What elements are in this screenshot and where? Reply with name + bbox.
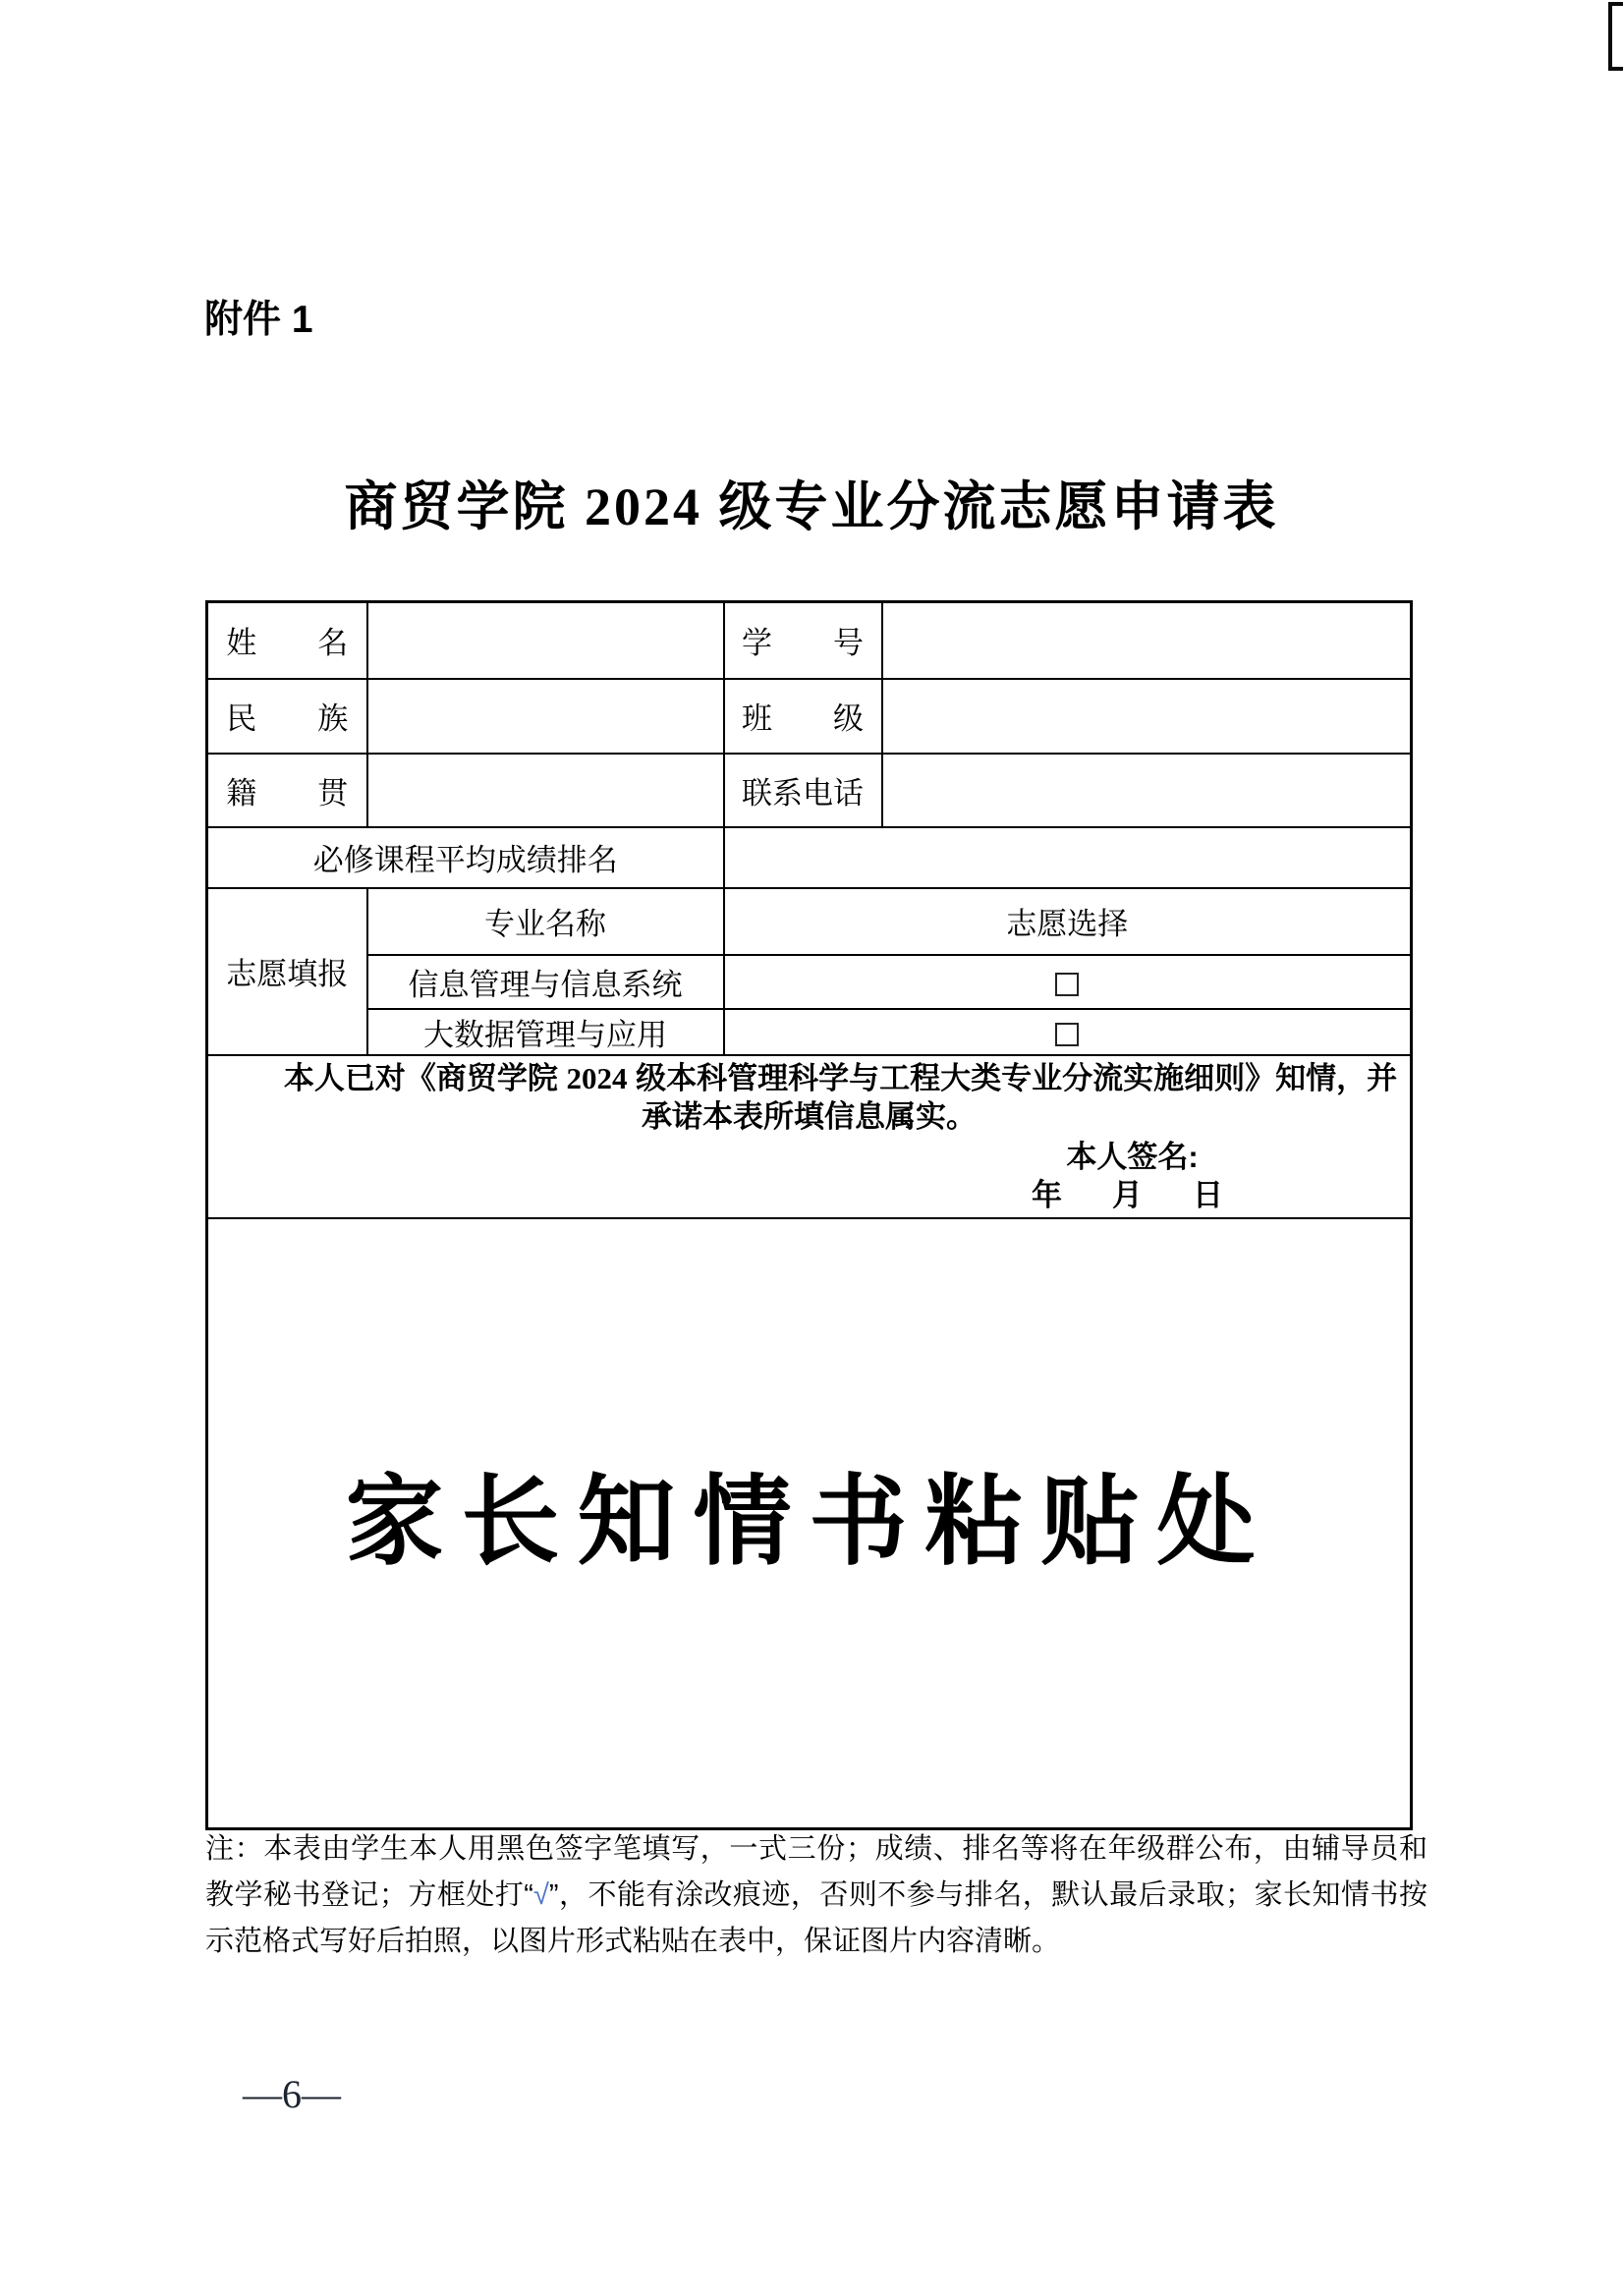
page-number: —6—: [243, 2073, 341, 2116]
checkbox-unchecked-icon: [1055, 1023, 1079, 1046]
preference-section-label: 志愿填报: [207, 888, 367, 1055]
major-choice-cell: [724, 1009, 1412, 1055]
student-id-label: 学 号: [724, 602, 882, 679]
paste-area-label: 家长知情书粘贴处: [208, 1462, 1410, 1584]
table-row: 志愿填报 专业名称 志愿选择: [207, 888, 1412, 955]
declaration-cell: 本人已对《商贸学院 2024 级本科管理科学与工程大类专业分流实施细则》知情，并…: [207, 1055, 1412, 1218]
class-value-cell: [882, 679, 1412, 754]
ethnicity-label: 民 族: [207, 679, 367, 754]
major-choice-cell: [724, 955, 1412, 1009]
native-place-value-cell: [367, 754, 724, 827]
table-row: 信息管理与信息系统: [207, 955, 1412, 1009]
table-row: 本人已对《商贸学院 2024 级本科管理科学与工程大类专业分流实施细则》知情，并…: [207, 1055, 1412, 1218]
checkbox-unchecked-icon: [1055, 973, 1079, 996]
page-title: 商贸学院 2024 级专业分流志愿申请表: [0, 472, 1623, 542]
date-label: 年 月 日: [208, 1176, 1410, 1214]
declaration-year: 2024: [567, 1061, 628, 1095]
table-row: 必修课程平均成绩排名: [207, 827, 1412, 888]
table-row: 籍 贯 联系电话: [207, 754, 1412, 827]
name-value-cell: [367, 602, 724, 679]
phone-label: 联系电话: [724, 754, 882, 827]
major-name-cell: 大数据管理与应用: [367, 1009, 724, 1055]
table-row: 家长知情书粘贴处: [207, 1218, 1412, 1829]
signature-label: 本人签名:: [208, 1138, 1410, 1176]
major-name-cell: 信息管理与信息系统: [367, 955, 724, 1009]
student-id-value-cell: [882, 602, 1412, 679]
table-row: 大数据管理与应用: [207, 1009, 1412, 1055]
major-name-header: 专业名称: [367, 888, 724, 955]
attachment-label: 附件 1: [204, 298, 313, 343]
ethnicity-value-cell: [367, 679, 724, 754]
rank-label: 必修课程平均成绩排名: [207, 827, 724, 888]
check-mark-symbol: √: [533, 1879, 549, 1911]
declaration-text: 本人已对《商贸学院 2024 级本科管理科学与工程大类专业分流实施细则》知情，并…: [208, 1059, 1410, 1136]
page-corner-box: [1608, 2, 1623, 71]
class-label: 班 级: [724, 679, 882, 754]
table-row: 姓 名 学 号: [207, 602, 1412, 679]
choice-header: 志愿选择: [724, 888, 1412, 955]
phone-value-cell: [882, 754, 1412, 827]
paste-area-cell: 家长知情书粘贴处: [207, 1218, 1412, 1829]
footnote: 注：本表由学生本人用黑色签字笔填写，一式三份；成绩、排名等将在年级群公布，由辅导…: [205, 1826, 1427, 1965]
native-place-label: 籍 贯: [207, 754, 367, 827]
application-form-table: 姓 名 学 号 民 族 班 级 籍 贯 联系电话 必修课程平均成绩排名 志愿填报…: [205, 600, 1413, 1830]
document-page: 附件 1 商贸学院 2024 级专业分流志愿申请表 姓 名 学 号 民 族 班 …: [0, 0, 1623, 2296]
declaration-text-prefix: 本人已对《商贸学院: [284, 1061, 567, 1095]
rank-value-cell: [724, 827, 1412, 888]
declaration-text-suffix: 级本科管理科学与工程大类专业分流实施细则》知情，并承诺本表所填信息属实。: [628, 1061, 1398, 1134]
table-row: 民 族 班 级: [207, 679, 1412, 754]
name-label: 姓 名: [207, 602, 367, 679]
